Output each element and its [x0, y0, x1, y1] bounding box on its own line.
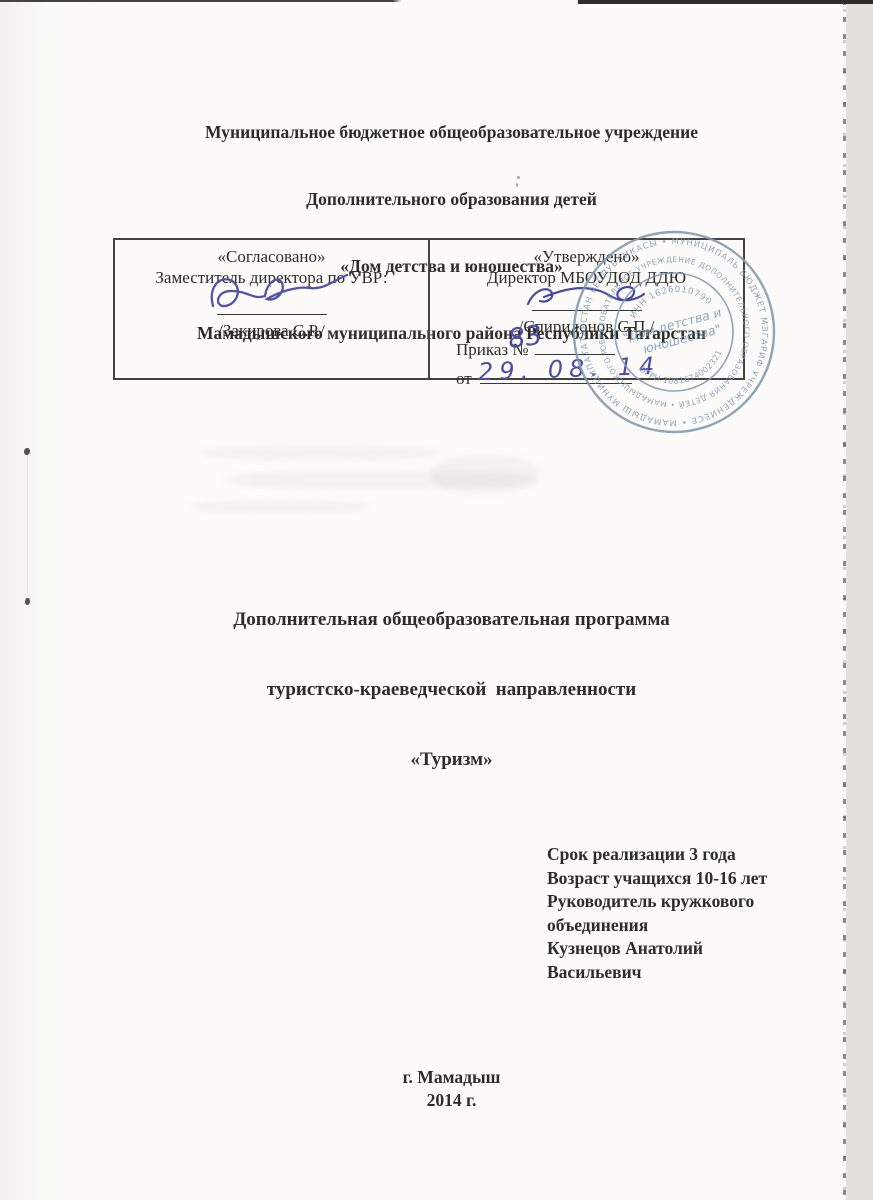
detail-line: Руководитель кружкового	[547, 890, 827, 914]
detail-line: Срок реализации 3 года	[547, 843, 827, 867]
agreed-signature-line	[217, 288, 327, 315]
agreed-signature-name: /Закирова С.Р./	[115, 320, 428, 341]
header-line: Муниципальное бюджетное общеобразователь…	[60, 121, 843, 143]
title-line: «Туризм»	[60, 748, 843, 771]
faint-smudge	[190, 500, 370, 514]
order-number-handwritten: 83	[507, 325, 544, 351]
footer-year: 2014 г.	[60, 1089, 843, 1112]
footer-block: г. Мамадыш 2014 г.	[60, 1066, 843, 1112]
scan-top-edge-dark	[578, 0, 873, 4]
detail-line: Возраст учащихся 10-16 лет	[547, 867, 827, 891]
scanned-document-page: Муниципальное бюджетное общеобразователь…	[0, 0, 873, 1200]
agreed-cell: «Согласовано» Заместитель директора по У…	[115, 240, 430, 378]
paper-right-edge-marks	[843, 0, 846, 1200]
program-title: Дополнительная общеобразовательная прогр…	[60, 562, 843, 817]
detail-line: Кузнецов Анатолий	[547, 937, 827, 961]
agreed-status-label: «Согласовано»	[115, 246, 428, 267]
detail-line: объединения	[547, 914, 827, 938]
detail-line: Васильевич	[547, 961, 827, 985]
agreed-signature-area	[115, 288, 428, 320]
program-details: Срок реализации 3 года Возраст учащихся …	[547, 843, 827, 985]
agreed-role-label: Заместитель директора по УВР:	[115, 267, 428, 288]
official-stamp-icon: ТАТАРСТАН РЕСПУБЛИКАСЫ • МУНИЦИПАЛЬ БЮДЖ…	[568, 226, 780, 438]
faint-smudge	[200, 445, 440, 461]
title-line: Дополнительная общеобразовательная прогр…	[60, 608, 843, 631]
faint-smudge	[430, 455, 540, 493]
date-label: от	[456, 369, 472, 388]
title-line: туристско-краеведческой направленности	[60, 678, 843, 701]
footer-city: г. Мамадыш	[60, 1066, 843, 1089]
binding-thread	[27, 455, 28, 600]
header-line: Дополнительного образования детей	[60, 188, 843, 210]
